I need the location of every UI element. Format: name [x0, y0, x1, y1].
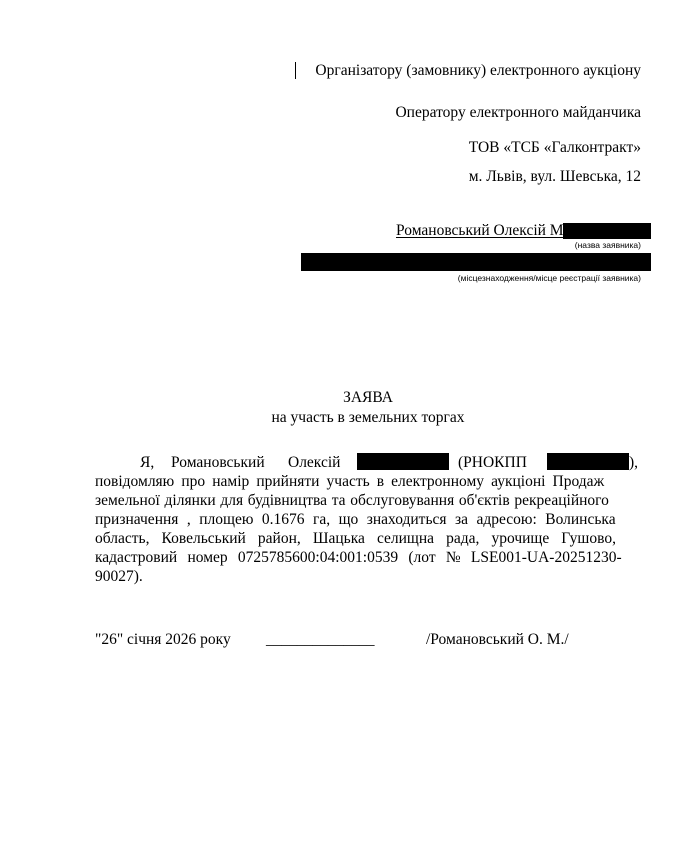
signature-name: /Романовський О. М./ — [426, 631, 569, 649]
operator-address: м. Львів, вул. Шевська, 12 — [469, 168, 641, 186]
body-line-7: 90027). — [95, 567, 641, 586]
body-word: Я, — [140, 453, 154, 472]
signature-line: ______________ — [266, 631, 375, 649]
document-subtitle: на участь в земельних торгах — [95, 409, 641, 427]
applicant-name: Романовський Олексій М — [396, 222, 564, 240]
redacted-applicant-location — [301, 253, 651, 271]
redacted-tax-id — [547, 453, 629, 470]
body-line-2: повідомляю про намір прийняти участь в е… — [95, 472, 641, 491]
body-word: ), — [629, 453, 638, 472]
body-line-5: область, Ковельський район, Шацька селищ… — [95, 529, 641, 548]
body-line-6: кадастровий номер 0725785600:04:001:0539… — [95, 548, 641, 567]
text-cursor — [295, 62, 296, 79]
body-line-4: призначення , площею 0.1676 га, що знахо… — [95, 510, 641, 529]
body-line-3: земельної ділянки для будівництва та обс… — [95, 491, 641, 510]
signature-date: "26" січня 2026 року — [95, 631, 231, 649]
body-word: (РНОКПП — [458, 453, 527, 472]
addressee-organizer: Організатору (замовнику) електронного ау… — [315, 62, 641, 80]
redacted-applicant-name — [563, 223, 651, 239]
applicant-name-caption: (назва заявника) — [575, 240, 641, 250]
document-title: ЗАЯВА — [95, 389, 641, 407]
redacted-patronymic — [357, 453, 449, 470]
body-word: Романовський — [171, 453, 265, 472]
addressee-operator: Оператору електронного майданчика — [395, 104, 641, 122]
applicant-location-caption: (місцезнаходження/місце реєстрації заявн… — [458, 273, 641, 283]
body-word: Олексій — [288, 453, 340, 472]
operator-company: ТОВ «ТСБ «Галконтракт» — [469, 139, 641, 157]
